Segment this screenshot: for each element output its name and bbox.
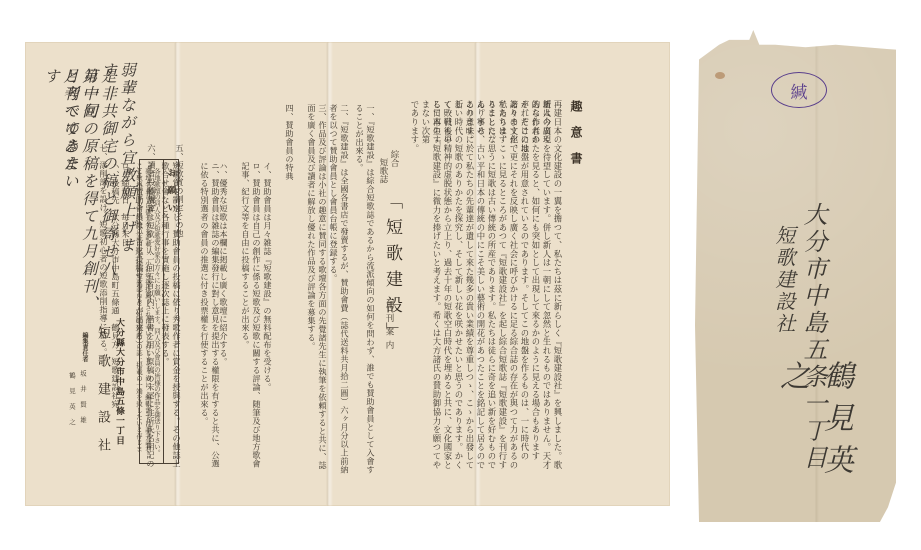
item-text: 作品及び評論は小社の趣意に賛同する歌壇各方面の先覺諸先生に執筆を依頼すると共に、… (307, 104, 328, 470)
magazine-subtitle: 創刊案内 (383, 300, 395, 354)
item-label: 三、 (318, 104, 328, 121)
magazine-prefix-2: 短歌誌 (378, 158, 388, 184)
publisher-name: 短歌建設社 (93, 326, 112, 466)
editor-name: 鶴見英之 (68, 372, 77, 434)
item-text: 賛助會員の特典 (285, 121, 295, 181)
item-text: 賛助會員は自己の創作に係る短歌及び短歌に關する評論、随筆及び地方歌會記事、紀行文… (241, 162, 262, 468)
item: ニ、賛助會員は雑誌の編集發行に對し意見を提出する權限を有すると共に、公選に依る特… (199, 162, 221, 472)
item-text: 『短歌建設』は全國各書店で發賣するが、賛助會費（誌代送料共月拾二圓）六ヶ月分以上… (329, 104, 350, 474)
item-label: ニ、 (211, 162, 221, 179)
stain-mark (715, 72, 725, 79)
editor-name: 坂井賢雄 (79, 370, 88, 432)
item-label: 四、 (285, 104, 295, 121)
envelope-company: 短歌建設社 (773, 225, 795, 335)
notice-box: お願い 各地歌壇の同人及び短歌愛好家の方々にお願いします。同人及び會員の皆様の作… (139, 159, 179, 464)
item-text: 賛助會員は月々雑誌『短歌建設』の無料配布を受ける。 (263, 179, 273, 392)
item: 二、『短歌建設』は全國各書店で發賣するが、賛助會費（誌代送料共月拾二圓）六ヶ月分… (328, 104, 350, 474)
notice-heading: お願い (165, 168, 177, 221)
intent-line: であります。 (409, 100, 420, 470)
magazine-prefix-1: 綜合 (389, 150, 399, 167)
handwritten-line: と考へてゐます (41, 68, 79, 188)
intent-line: る日本の『短歌建設』に微力を捧げたいと考えます。希くは大方諸氏の賛助御協力を願つ… (420, 100, 442, 470)
seal-text: 緘 (791, 78, 808, 103)
envelope-recipient: 鶴見英之 (769, 360, 857, 522)
envelope: 緘 大分市中島五条一丁目 短歌建設社 鶴見英之 (695, 30, 896, 522)
item: イ、賛助會員は月々雑誌『短歌建設』の無料配布を受ける。 (262, 162, 273, 472)
item: 一、『短歌建設』は綜合短歌誌であるから流派傾向の如何を問わず、誰でも賛助會員とし… (354, 104, 376, 474)
item: 三、作品及び評論は小社の趣意に賛同する歌壇各方面の先覺諸先生に執筆を依頼すると共… (306, 104, 328, 474)
editor-label: 編集責任者 (80, 332, 89, 362)
intent-title: 趣意書 (568, 100, 585, 178)
item-text: 『短歌建設』は綜合短歌誌であるから流派傾向の如何を問わず、誰でも賛助會員として入… (355, 104, 376, 474)
item-label: ロ、 (252, 162, 262, 179)
item-text: 賛助會員は雑誌の編集發行に對し意見を提出する權限を有すると共に、公選に依る特別選… (200, 162, 221, 468)
item: ロ、賛助會員は自己の創作に係る短歌及び短歌に關する評論、随筆及び地方歌會記事、紀… (240, 162, 262, 472)
item: 四、賛助會員の特典 (284, 104, 295, 474)
item-label: 一、 (366, 104, 376, 121)
notice-heading-band: お願い (163, 160, 178, 463)
publisher-address: 大分縣大分市中島五條一丁目 (113, 318, 126, 445)
item-label: イ、 (263, 162, 273, 179)
item-label: 二、 (340, 104, 350, 121)
seal-stamp-icon: 緘 (771, 72, 827, 108)
